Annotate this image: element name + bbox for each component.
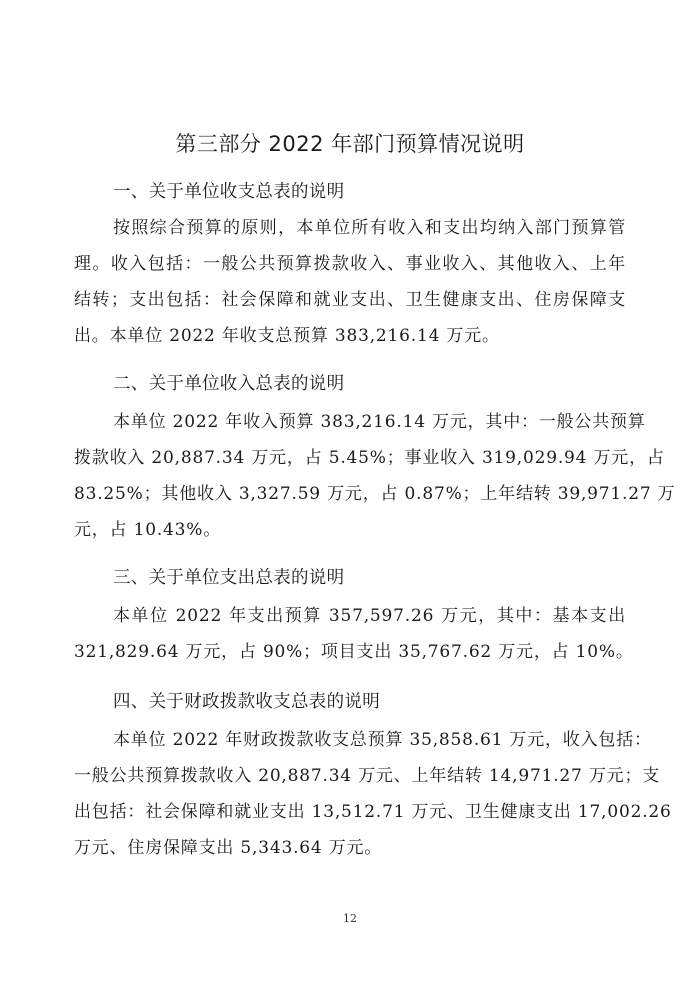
paragraph-line: 本单位 2022 年收入预算 383,216.14 万元，其中：一般公共预算 <box>74 404 626 440</box>
section-heading-4: 四、关于财政拨款收支总表的说明 <box>113 688 380 713</box>
document-page: 第三部分 2022 年部门预算情况说明 一、关于单位收支总表的说明 按照综合预算… <box>0 0 700 990</box>
paragraph-line: 出包括：社会保障和就业支出 13,512.71 万元、卫生健康支出 17,002… <box>74 794 626 830</box>
section-heading-1: 一、关于单位收支总表的说明 <box>113 178 344 203</box>
paragraph-line: 一般公共预算拨款收入 20,887.34 万元、上年结转 14,971.27 万… <box>74 758 626 794</box>
section-paragraph-4: 本单位 2022 年财政拨款收支总预算 35,858.61 万元，收入包括： 一… <box>74 722 626 866</box>
page-title: 第三部分 2022 年部门预算情况说明 <box>0 128 700 158</box>
paragraph-line: 拨款收入 20,887.34 万元，占 5.45%；事业收入 319,029.9… <box>74 440 626 476</box>
paragraph-line: 本单位 2022 年支出预算 357,597.26 万元，其中：基本支出 <box>74 598 626 634</box>
section-heading-3: 三、关于单位支出总表的说明 <box>113 564 344 589</box>
paragraph-line: 元，占 10.43%。 <box>74 512 626 548</box>
section-paragraph-2: 本单位 2022 年收入预算 383,216.14 万元，其中：一般公共预算 拨… <box>74 404 626 548</box>
paragraph-line: 321,829.64 万元，占 90%；项目支出 35,767.62 万元，占 … <box>74 634 626 670</box>
paragraph-line: 本单位 2022 年财政拨款收支总预算 35,858.61 万元，收入包括： <box>74 722 626 758</box>
section-paragraph-1: 按照综合预算的原则，本单位所有收入和支出均纳入部门预算管 理。收入包括：一般公共… <box>74 210 626 354</box>
paragraph-line: 83.25%；其他收入 3,327.59 万元，占 0.87%；上年结转 39,… <box>74 476 626 512</box>
section-paragraph-3: 本单位 2022 年支出预算 357,597.26 万元，其中：基本支出 321… <box>74 598 626 670</box>
paragraph-line: 万元、住房保障支出 5,343.64 万元。 <box>74 830 626 866</box>
paragraph-line: 按照综合预算的原则，本单位所有收入和支出均纳入部门预算管 <box>74 210 626 246</box>
paragraph-line: 理。收入包括：一般公共预算拨款收入、事业收入、其他收入、上年 <box>74 246 626 282</box>
section-heading-2: 二、关于单位收入总表的说明 <box>113 370 344 395</box>
paragraph-line: 结转；支出包括：社会保障和就业支出、卫生健康支出、住房保障支 <box>74 282 626 318</box>
page-number: 12 <box>0 912 700 925</box>
paragraph-line: 出。本单位 2022 年收支总预算 383,216.14 万元。 <box>74 318 626 354</box>
